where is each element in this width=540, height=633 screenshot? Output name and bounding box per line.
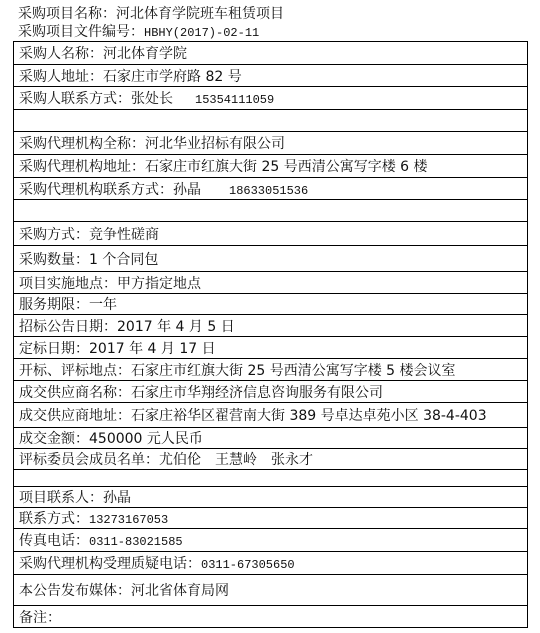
row-supplier-address: 成交供应商地址：石家庄裕华区翟营南大街 389 号卓达卓苑小区 38-4-403 [14, 403, 528, 428]
file-no-line: 采购项目文件编号：HBHY(2017)-02-11 [18, 23, 259, 42]
row-amount: 成交金额：450000 元人民币 [14, 428, 528, 449]
agency-address-value: 石家庄市红旗大街 25 号西清公寓写字楼 6 楼 [145, 159, 428, 175]
row-agency-contact: 采购代理机构联系方式：孙晶18633051536 [14, 178, 528, 200]
location-value: 甲方指定地点 [117, 276, 201, 292]
row-agency-name: 采购代理机构全称：河北华业招标有限公司 [14, 132, 528, 155]
remarks-label: 备注： [19, 610, 61, 626]
opening-location-label: 开标、评标地点： [19, 363, 131, 379]
row-empty-2 [14, 200, 528, 222]
agency-contact-label: 采购代理机构联系方式： [19, 182, 173, 198]
row-empty-1 [14, 110, 528, 132]
project-name-line: 采购项目名称：河北体育学院班车租赁项目 [18, 5, 284, 23]
row-buyer-name: 采购人名称：河北体育学院 [14, 42, 528, 65]
project-name-label: 采购项目名称： [18, 6, 116, 22]
award-date-value: 2017 年 4 月 17 日 [89, 341, 216, 357]
buyer-address-label: 采购人地址： [19, 69, 103, 85]
method-value: 竞争性磋商 [89, 227, 159, 243]
row-empty-3 [14, 470, 528, 487]
location-label: 项目实施地点： [19, 276, 117, 292]
amount-label: 成交金额： [19, 431, 89, 447]
row-quantity: 采购数量：1 个合同包 [14, 246, 528, 272]
supplier-address-label: 成交供应商地址： [19, 408, 131, 424]
method-label: 采购方式： [19, 227, 89, 243]
row-fax: 传真电话：0311-83021585 [14, 529, 528, 552]
supplier-name-label: 成交供应商名称： [19, 385, 131, 401]
buyer-address-value: 石家庄市学府路 82 号 [103, 69, 242, 85]
project-name-value: 河北体育学院班车租赁项目 [116, 6, 284, 22]
row-complaint-phone: 采购代理机构受理质疑电话：0311-67305650 [14, 552, 528, 575]
tender-notice-date-value: 2017 年 4 月 5 日 [117, 319, 235, 335]
buyer-contact-phone: 15354111059 [195, 93, 274, 107]
row-method: 采购方式：竞争性磋商 [14, 222, 528, 246]
fax-value: 0311-83021585 [89, 535, 183, 549]
supplier-name-value: 石家庄市华翔经济信息咨询服务有限公司 [131, 385, 383, 401]
phone-label: 联系方式： [19, 511, 89, 527]
agency-contact-person: 孙晶 [173, 182, 201, 198]
complaint-phone-value: 0311-67305650 [201, 558, 295, 572]
project-contact-label: 项目联系人： [19, 490, 103, 506]
service-period-value: 一年 [89, 297, 117, 313]
agency-contact-phone: 18633051536 [229, 184, 308, 198]
row-location: 项目实施地点：甲方指定地点 [14, 272, 528, 294]
row-buyer-contact: 采购人联系方式：张处长15354111059 [14, 87, 528, 110]
complaint-phone-label: 采购代理机构受理质疑电话： [19, 556, 201, 572]
project-contact-value: 孙晶 [103, 490, 131, 506]
row-agency-address: 采购代理机构地址：石家庄市红旗大街 25 号西清公寓写字楼 6 楼 [14, 155, 528, 178]
service-period-label: 服务期限： [19, 297, 89, 313]
committee-member-2: 王慧岭 [215, 452, 257, 468]
notice-table: 采购人名称：河北体育学院 采购人地址：石家庄市学府路 82 号 采购人联系方式：… [13, 41, 528, 628]
committee-member-3: 张永才 [271, 452, 313, 468]
opening-location-value: 石家庄市红旗大街 25 号西清公寓写字楼 5 楼会议室 [131, 363, 456, 379]
row-supplier-name: 成交供应商名称：石家庄市华翔经济信息咨询服务有限公司 [14, 381, 528, 403]
row-tender-notice-date: 招标公告日期：2017 年 4 月 5 日 [14, 315, 528, 337]
phone-value: 13273167053 [89, 513, 168, 527]
media-label: 本公告发布媒体： [19, 583, 131, 599]
buyer-name-value: 河北体育学院 [103, 46, 187, 62]
quantity-value: 1 个合同包 [89, 252, 158, 268]
row-phone: 联系方式：13273167053 [14, 508, 528, 529]
buyer-name-label: 采购人名称： [19, 46, 103, 62]
tender-notice-date-label: 招标公告日期： [19, 319, 117, 335]
agency-address-label: 采购代理机构地址： [19, 159, 145, 175]
supplier-address-value: 石家庄裕华区翟营南大街 389 号卓达卓苑小区 38-4-403 [131, 408, 487, 424]
amount-value: 450000 元人民币 [89, 431, 203, 447]
row-project-contact: 项目联系人：孙晶 [14, 487, 528, 508]
row-award-date: 定标日期：2017 年 4 月 17 日 [14, 337, 528, 359]
row-buyer-address: 采购人地址：石家庄市学府路 82 号 [14, 65, 528, 87]
row-committee: 评标委员会成员名单：尤伯伦王慧岭张永才 [14, 449, 528, 470]
file-no-label: 采购项目文件编号： [18, 24, 144, 40]
agency-name-label: 采购代理机构全称： [19, 136, 145, 152]
row-service-period: 服务期限：一年 [14, 294, 528, 315]
committee-label: 评标委员会成员名单： [19, 452, 159, 468]
row-opening-location: 开标、评标地点：石家庄市红旗大街 25 号西清公寓写字楼 5 楼会议室 [14, 359, 528, 381]
buyer-contact-label: 采购人联系方式： [19, 91, 131, 107]
media-value: 河北省体育局网 [131, 583, 229, 599]
quantity-label: 采购数量： [19, 252, 89, 268]
award-date-label: 定标日期： [19, 341, 89, 357]
file-no-value: HBHY(2017)-02-11 [144, 26, 259, 40]
buyer-contact-person: 张处长 [131, 91, 173, 107]
committee-member-1: 尤伯伦 [159, 452, 201, 468]
agency-name-value: 河北华业招标有限公司 [145, 136, 285, 152]
row-media: 本公告发布媒体：河北省体育局网 [14, 575, 528, 606]
row-remarks: 备注： [14, 606, 528, 628]
fax-label: 传真电话： [19, 533, 89, 549]
